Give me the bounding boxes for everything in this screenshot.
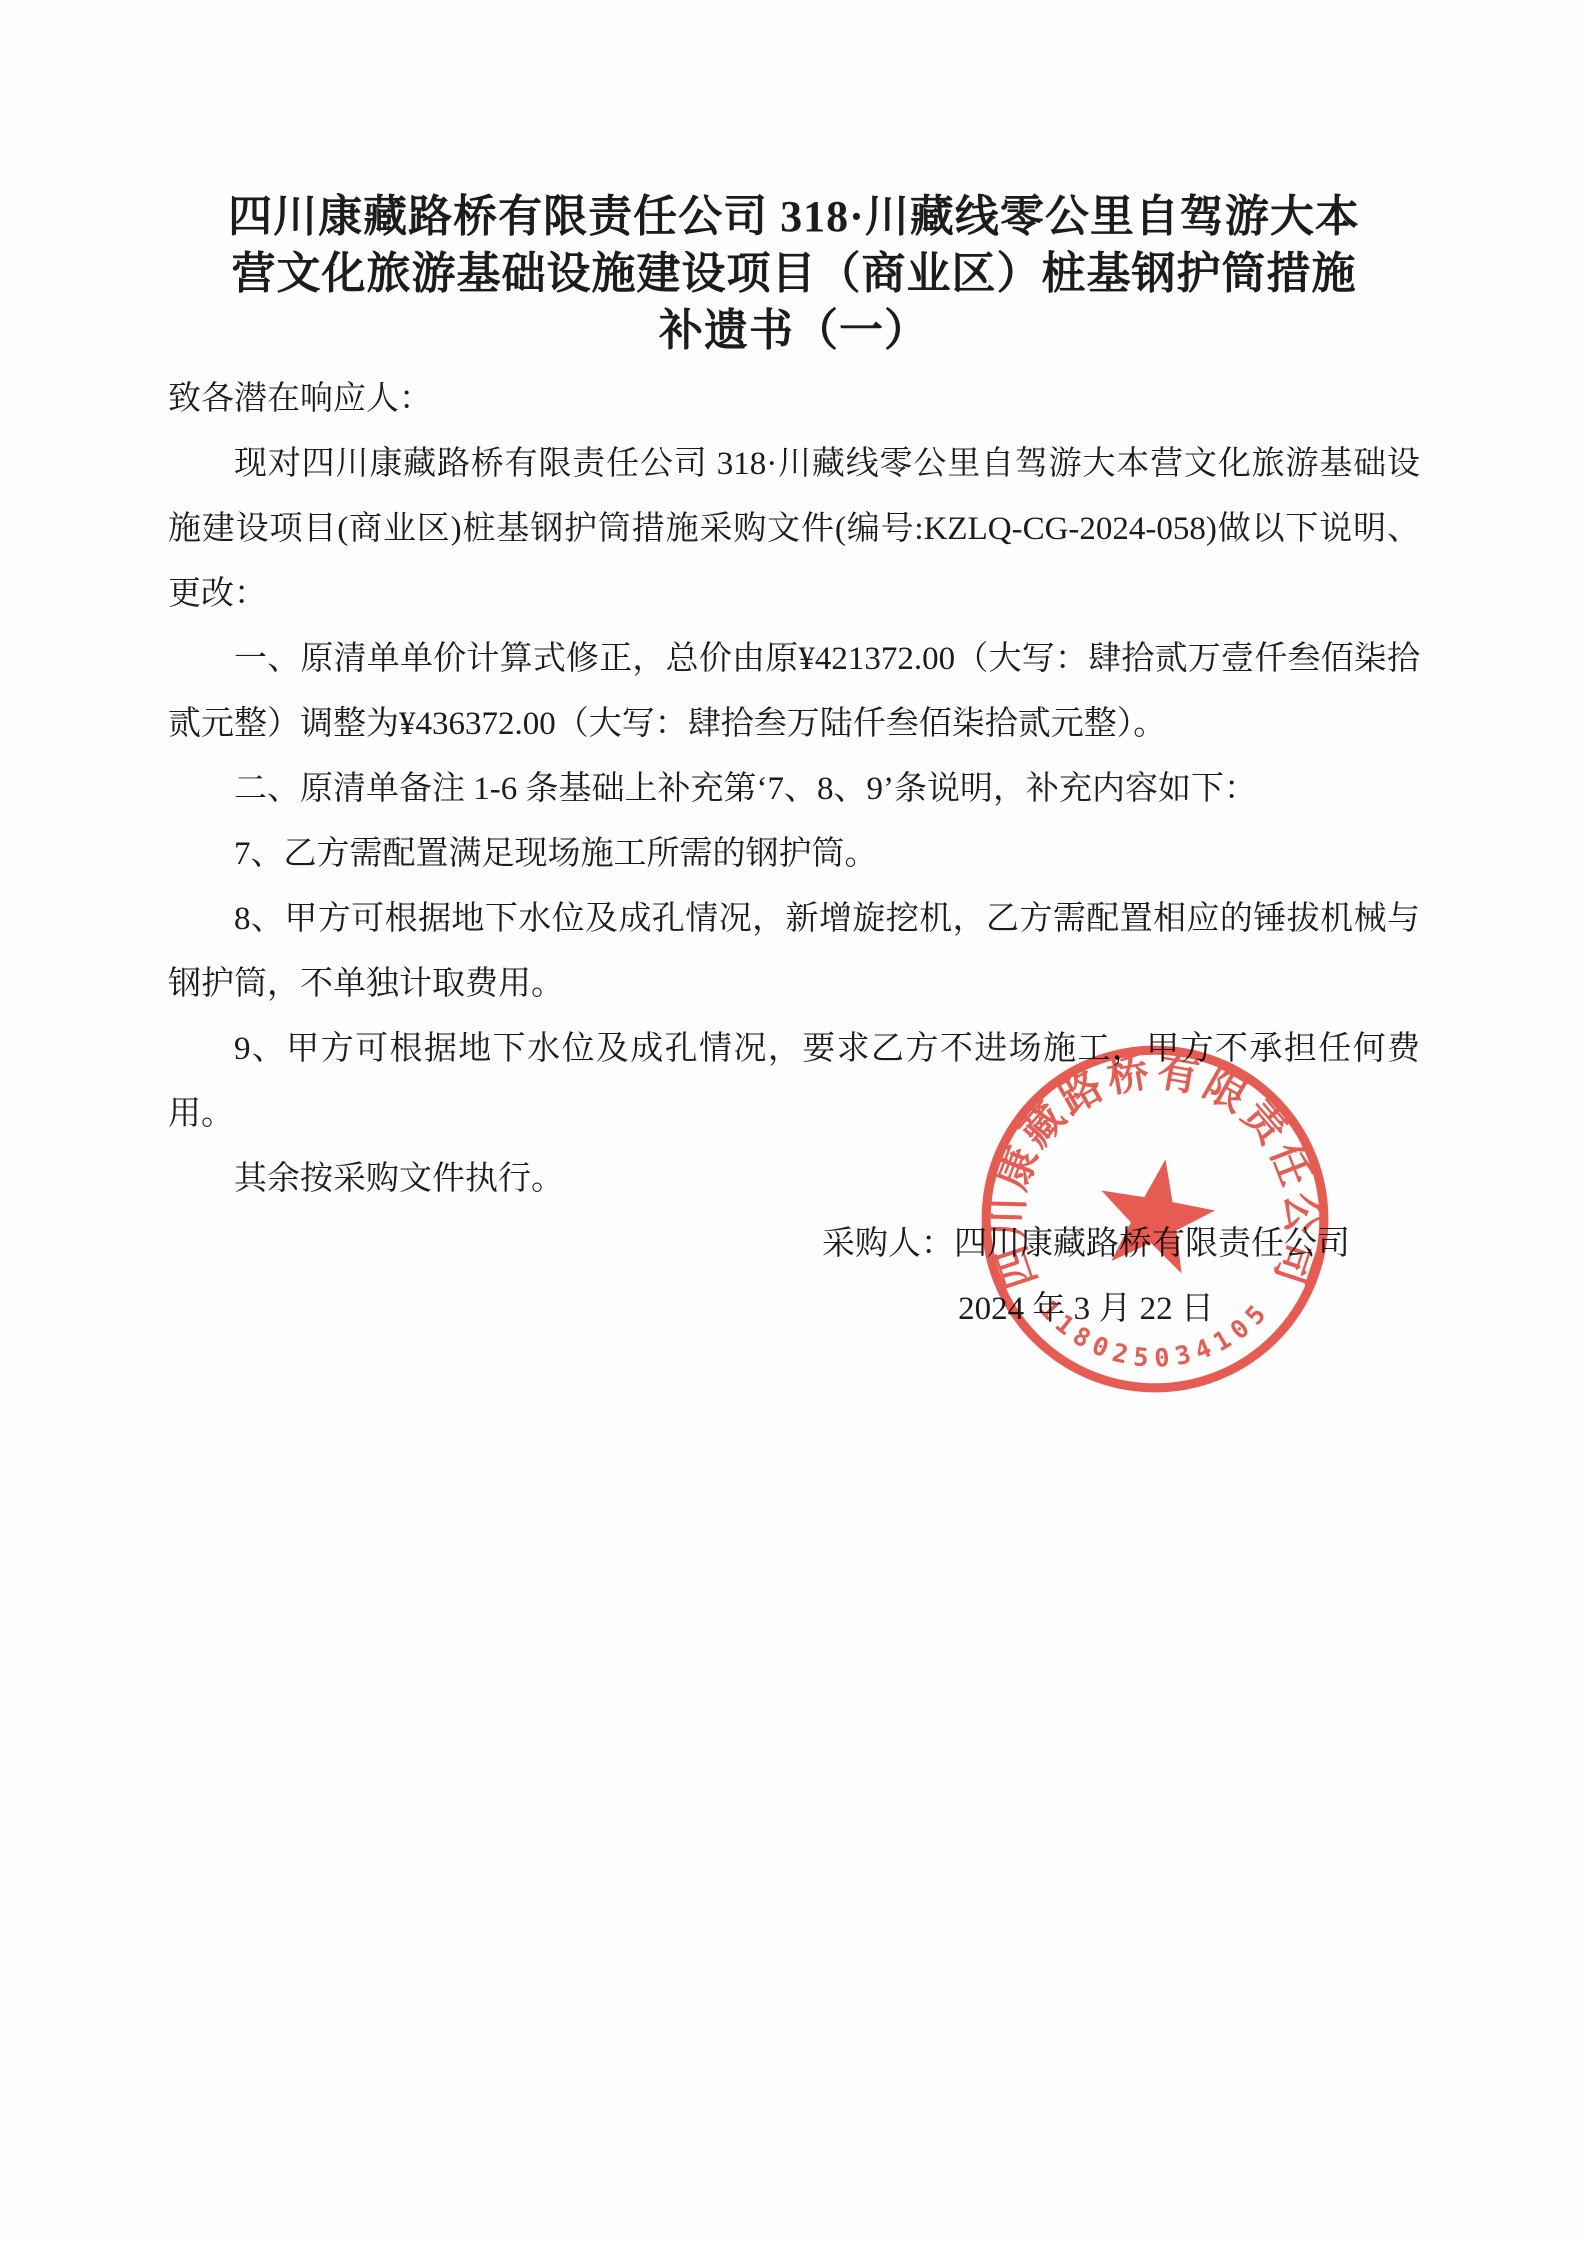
paragraph-item-2: 二、原清单备注 1-6 条基础上补充第‘7、8、9’条说明，补充内容如下： xyxy=(168,757,1420,822)
document-page: 四川康藏路桥有限责任公司 318·川藏线零公里自驾游大本 营文化旅游基础设施建设… xyxy=(0,0,1587,2244)
paragraph-intro: 现对四川康藏路桥有限责任公司 318·川藏线零公里自驾游大本营文化旅游基础设施建… xyxy=(168,432,1420,627)
document-body: 致各潜在响应人： 现对四川康藏路桥有限责任公司 318·川藏线零公里自驾游大本营… xyxy=(168,367,1420,1342)
paragraph-closing: 其余按采购文件执行。 xyxy=(168,1147,1420,1212)
signature-block: 采购人：四川康藏路桥有限责任公司 2024 年 3 月 22 日 xyxy=(822,1212,1350,1342)
paragraph-note-7: 7、乙方需配置满足现场施工所需的钢护筒。 xyxy=(168,822,1420,887)
title-line-1: 四川康藏路桥有限责任公司 318·川藏线零公里自驾游大本 xyxy=(168,188,1420,245)
paragraph-note-9: 9、甲方可根据地下水位及成孔情况，要求乙方不进场施工，甲方不承担任何费用。 xyxy=(168,1017,1420,1147)
paragraph-item-1: 一、原清单单价计算式修正，总价由原¥421372.00（大写：肆拾贰万壹仟叁佰柒… xyxy=(168,627,1420,757)
title-line-3: 补遗书（一） xyxy=(168,302,1420,359)
title-line-2: 营文化旅游基础设施建设项目（商业区）桩基钢护筒措施 xyxy=(168,245,1420,302)
paragraph-note-8: 8、甲方可根据地下水位及成孔情况，新增旋挖机，乙方需配置相应的锤拔机械与钢护筒，… xyxy=(168,887,1420,1017)
buyer-signature-line: 采购人：四川康藏路桥有限责任公司 xyxy=(822,1212,1350,1277)
document-title: 四川康藏路桥有限责任公司 318·川藏线零公里自驾游大本 营文化旅游基础设施建设… xyxy=(168,188,1420,359)
document-content: 四川康藏路桥有限责任公司 318·川藏线零公里自驾游大本 营文化旅游基础设施建设… xyxy=(168,188,1420,1342)
signature-date: 2024 年 3 月 22 日 xyxy=(822,1277,1350,1342)
salutation: 致各潜在响应人： xyxy=(168,367,1420,432)
